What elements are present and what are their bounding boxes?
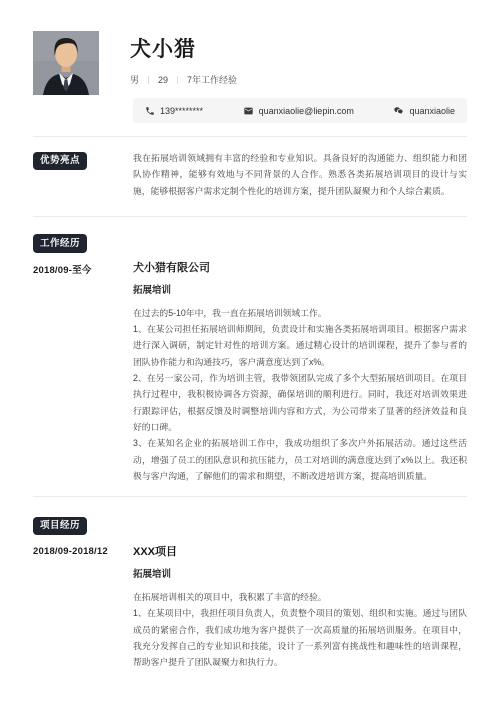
work-intro: 在过去的5-10年中，我一直在拓展培训领域工作。 [133,305,467,321]
work-item: 1、在某公司担任拓展培训师期间，负责设计和实施各类拓展培训项目。根据客户需求进行… [133,321,467,370]
section-badge-work: 工作经历 [33,234,87,253]
section-project: 项目经历 2018/09-2018/12 XXX项目 拓展培训 在拓展培训相关的… [33,515,467,670]
work-company: 犬小猎有限公司 [133,259,467,275]
contact-phone: 139******** [145,106,203,116]
work-item: 2、在另一家公司，作为培训主管，我带领团队完成了多个大型拓展培训项目。在项目执行… [133,370,467,435]
project-item: 1、在某项目中，我担任项目负责人，负责整个项目的策划、组织和实施。通过与团队成员… [133,605,467,670]
contact-wechat-value: quanxiaolie [409,106,455,116]
envelope-icon [243,106,254,116]
meta-gender: 男 [130,73,139,86]
section-divider [33,216,467,217]
work-description: 在过去的5-10年中，我一直在拓展培训领域工作。 1、在某公司担任拓展培训师期间… [133,305,467,484]
resume-page: 犬小猎 男 29 7年工作经验 139******** [0,0,500,708]
resume-header: 犬小猎 男 29 7年工作经验 [33,31,467,95]
project-role: 拓展培训 [133,566,467,580]
phone-icon [145,106,155,116]
project-title: XXX项目 [133,543,467,559]
section-work: 工作经历 2018/09-至今 犬小猎有限公司 拓展培训 在过去的5-10年中，… [33,233,467,484]
project-entry-content: XXX项目 拓展培训 在拓展培训相关的项目中，我积累了丰富的经验。 1、在某项目… [133,543,467,670]
work-role: 拓展培训 [133,282,467,296]
highlights-body: 我在拓展培训领域拥有丰富的经验和专业知识。具备良好的沟通能力、组织能力和团队协作… [133,150,467,199]
work-date: 2018/09-至今 [33,259,133,276]
project-date: 2018/09-2018/12 [33,543,133,557]
project-intro: 在拓展培训相关的项目中，我积累了丰富的经验。 [133,589,467,605]
profile-photo-illustration [33,31,99,95]
candidate-meta: 男 29 7年工作经验 [130,73,237,86]
work-badge-row: 工作经历 [33,233,467,253]
work-entry-content: 犬小猎有限公司 拓展培训 在过去的5-10年中，我一直在拓展培训领域工作。 1、… [133,259,467,484]
meta-separator [148,76,149,84]
contact-email: quanxiaolie@liepin.com [243,106,354,116]
profile-photo [33,31,99,95]
project-badge-row: 项目经历 [33,515,467,535]
contact-wechat: quanxiaolie [393,106,455,116]
project-entry: 2018/09-2018/12 XXX项目 拓展培训 在拓展培训相关的项目中，我… [33,543,467,670]
meta-experience: 7年工作经验 [187,73,237,86]
section-badge-project: 项目经历 [33,517,87,536]
section-divider [33,136,467,137]
wechat-icon [393,106,404,116]
meta-age: 29 [158,75,168,85]
section-highlights: 优势亮点 我在拓展培训领域拥有丰富的经验和专业知识。具备良好的沟通能力、组织能力… [33,150,467,199]
highlights-badge-cell: 优势亮点 [33,150,133,170]
work-item: 3、在某知名企业的拓展培训工作中，我成功组织了多次户外拓展活动。通过这些活动，增… [133,435,467,484]
candidate-name: 犬小猎 [130,33,237,63]
contact-email-value: quanxiaolie@liepin.com [259,106,354,116]
meta-separator [177,76,178,84]
contact-phone-value: 139******** [160,106,203,116]
project-description: 在拓展培训相关的项目中，我积累了丰富的经验。 1、在某项目中，我担任项目负责人，… [133,589,467,670]
header-text-block: 犬小猎 男 29 7年工作经验 [130,31,237,95]
section-divider [33,496,467,497]
work-entry: 2018/09-至今 犬小猎有限公司 拓展培训 在过去的5-10年中，我一直在拓… [33,259,467,484]
highlights-text: 我在拓展培训领域拥有丰富的经验和专业知识。具备良好的沟通能力、组织能力和团队协作… [133,150,467,199]
contact-bar: 139******** quanxiaolie@liepin.com quanx… [133,98,467,123]
section-badge-highlights: 优势亮点 [33,152,87,171]
